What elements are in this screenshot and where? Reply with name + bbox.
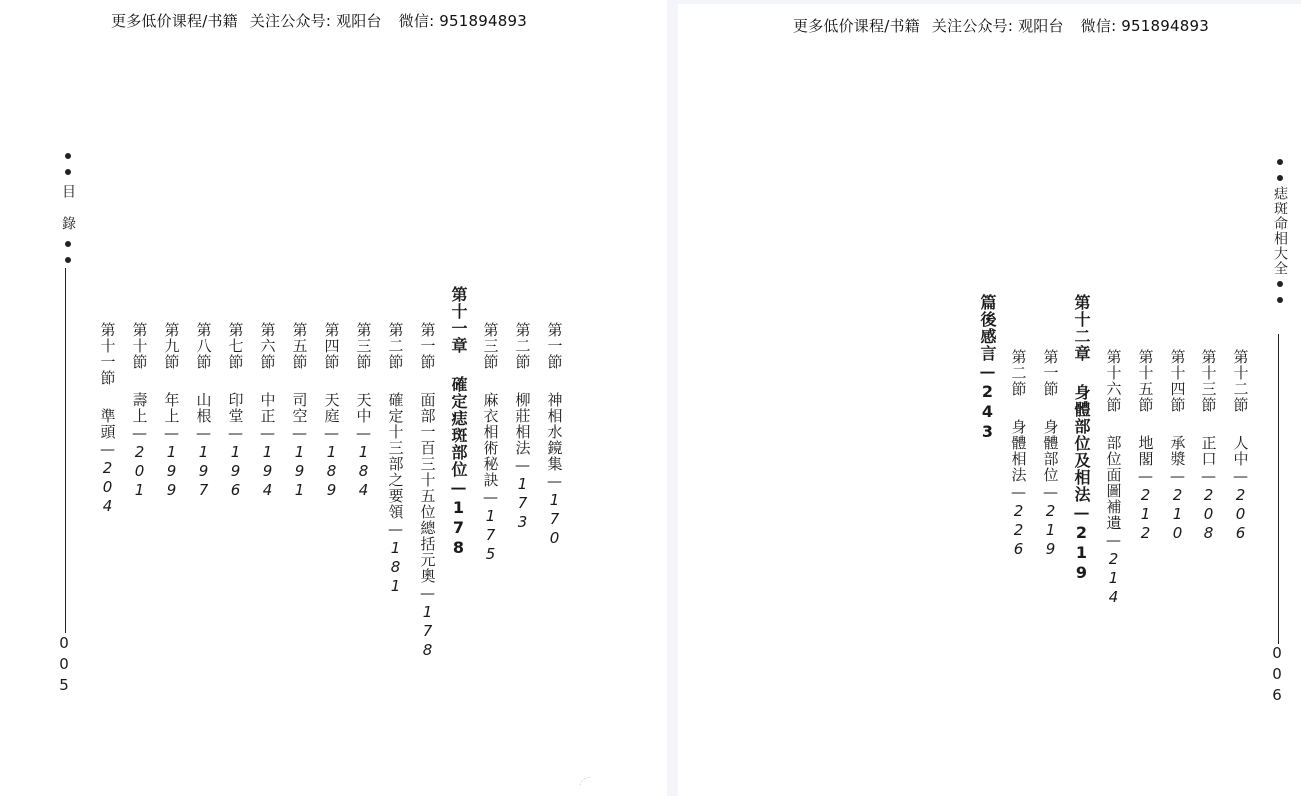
entry-label: 第二節 (387, 322, 405, 370)
watermark-text: 关注公众号: (250, 12, 331, 30)
entry-title: 柳莊相法 (514, 392, 532, 456)
entry-label: 第七節 (227, 322, 245, 370)
entry-label: 第八節 (195, 322, 213, 370)
leader-dash: — (388, 520, 403, 539)
entry-page-number: 196 (227, 443, 245, 500)
running-title: 痣斑命相大全 (1273, 154, 1287, 308)
leader-dash: — (228, 424, 243, 443)
watermark: 更多低价课程/书籍关注公众号: 观阳台 微信: 951894893 (793, 15, 1209, 36)
entry-page-number: 181 (387, 539, 405, 596)
page-number: 006 (1268, 644, 1286, 707)
entry-title: 神相水鏡集 (546, 392, 564, 472)
watermark-text: 观阳台 (336, 12, 382, 30)
toc-section-entry: 第二節柳莊相法—173 (515, 322, 530, 532)
entry-page-number: 204 (99, 459, 117, 516)
entry-label: 第十三節 (1200, 349, 1218, 413)
entry-label: 第十二章 (1072, 294, 1091, 362)
toc-section-entry: 第十節壽上—201 (132, 322, 147, 500)
watermark-text: 关注公众号: (932, 17, 1013, 35)
entry-title: 身體部位 (1042, 419, 1060, 483)
entry-title: 正口 (1200, 435, 1218, 467)
toc-section-entry: 第十四節承漿—210 (1170, 349, 1185, 543)
entry-label: 第十六節 (1105, 349, 1123, 413)
watermark-wechat-id: 951894893 (1121, 17, 1209, 35)
watermark-text: 更多低价课程/书籍 (793, 17, 920, 35)
entry-label: 第五節 (291, 322, 309, 370)
watermark-text: 微信: (399, 12, 435, 30)
watermark: 更多低价课程/书籍关注公众号: 观阳台 微信: 951894893 (111, 10, 527, 31)
entry-page-number: 210 (1169, 486, 1187, 543)
leader-dash: — (1106, 531, 1121, 550)
entry-label: 第六節 (259, 322, 277, 370)
toc-section-entry: 第十六節部位面圖補遺—214 (1106, 349, 1121, 607)
watermark-text: 观阳台 (1018, 17, 1064, 35)
entry-title: 部位面圖補遺 (1105, 435, 1123, 531)
leader-dash: — (132, 424, 147, 443)
running-title-text: 痣斑命相大全 (1272, 186, 1288, 276)
entry-label: 第九節 (163, 322, 181, 370)
entry-title: 司空 (291, 392, 309, 424)
toc-section-entry: 第一節面部一百三十五位總括元奧—178 (420, 322, 435, 660)
entry-title: 篇後感言 (978, 294, 997, 362)
running-title-text: 目 錄 (60, 184, 76, 232)
leader-dash: — (1043, 483, 1058, 502)
entry-page-number: 201 (131, 443, 149, 500)
entry-page-number: 197 (195, 443, 213, 500)
entry-page-number: 219 (1072, 523, 1091, 583)
bullet-icon (1277, 281, 1283, 287)
entry-label: 第二節 (514, 322, 532, 370)
leader-dash: — (100, 440, 115, 459)
entry-page-number: 191 (291, 443, 309, 500)
bullet-icon (65, 257, 71, 263)
entry-page-number: 194 (259, 443, 277, 500)
entry-label: 第十一節 (99, 322, 117, 386)
entry-title: 承漿 (1169, 435, 1187, 467)
watermark-text: 微信: (1081, 17, 1117, 35)
right-page: 更多低价课程/书籍关注公众号: 观阳台 微信: 951894893 痣斑命相大全… (678, 4, 1301, 796)
toc-section-entry: 第一節神相水鏡集—170 (547, 322, 562, 548)
entry-title: 天中 (355, 392, 373, 424)
entry-page-number: 178 (419, 603, 437, 660)
toc-chapter-entry: 第十一章確定痣斑部位—178 (450, 286, 466, 558)
watermark-text: 更多低价课程/书籍 (111, 12, 238, 30)
entry-title: 中正 (259, 392, 277, 424)
leader-dash: — (450, 478, 466, 498)
entry-label: 第三節 (355, 322, 373, 370)
entry-label: 第二節 (1010, 349, 1028, 397)
entry-title: 壽上 (131, 392, 149, 424)
leader-dash: — (196, 424, 211, 443)
entry-title: 準頭 (99, 408, 117, 440)
bullet-icon (1277, 159, 1283, 165)
entry-page-number: 170 (546, 491, 564, 548)
toc-chapter-entry: 篇後感言—243 (979, 294, 995, 442)
running-title: 目 錄 (61, 148, 75, 268)
toc-section-entry: 第二節身體相法—226 (1011, 349, 1026, 559)
toc-section-entry: 第十二節人中—206 (1233, 349, 1248, 543)
bullet-icon (65, 153, 71, 159)
entry-title: 確定十三部之要領 (387, 392, 405, 520)
toc-section-entry: 第十一節準頭—204 (100, 322, 115, 516)
entry-page-number: 214 (1105, 550, 1123, 607)
entry-page-number: 219 (1042, 502, 1060, 559)
entry-page-number: 184 (355, 443, 373, 500)
watermark-wechat-id: 951894893 (439, 12, 527, 30)
leader-dash: — (1073, 503, 1089, 523)
entry-title: 地閣 (1137, 435, 1155, 467)
leader-dash: — (483, 488, 498, 507)
entry-title: 面部一百三十五位總括元奧 (419, 392, 437, 584)
entry-label: 第三節 (482, 322, 500, 370)
scan-speck: .·⁻⁻ (577, 774, 593, 787)
toc-section-entry: 第五節司空—191 (292, 322, 307, 500)
toc-section-entry: 第七節印堂—196 (228, 322, 243, 500)
entry-title: 人中 (1232, 435, 1250, 467)
page-number: 005 (55, 634, 73, 697)
entry-page-number: 189 (323, 443, 341, 500)
entry-label: 第十二節 (1232, 349, 1250, 413)
entry-label: 第一節 (419, 322, 437, 370)
toc-section-entry: 第十五節地閣—212 (1138, 349, 1153, 543)
entry-label: 第四節 (323, 322, 341, 370)
entry-title: 身體相法 (1010, 419, 1028, 483)
toc-section-entry: 第四節天庭—189 (324, 322, 339, 500)
leader-dash: — (420, 584, 435, 603)
toc-section-entry: 第三節天中—184 (356, 322, 371, 500)
leader-dash: — (260, 424, 275, 443)
entry-page-number: 178 (449, 498, 468, 558)
toc-section-entry: 第六節中正—194 (260, 322, 275, 500)
entry-page-number: 226 (1010, 502, 1028, 559)
toc-section-entry: 第一節身體部位—219 (1043, 349, 1058, 559)
entry-page-number: 173 (514, 475, 532, 532)
entry-title: 確定痣斑部位 (449, 376, 468, 478)
entry-label: 第一節 (1042, 349, 1060, 397)
entry-page-number: 199 (163, 443, 181, 500)
toc-section-entry: 第十三節正口—208 (1201, 349, 1216, 543)
toc-section-entry: 第二節確定十三部之要領—181 (388, 322, 403, 596)
entry-label: 第十節 (131, 322, 149, 370)
leader-dash: — (164, 424, 179, 443)
entry-label: 第十一章 (449, 286, 468, 354)
entry-title: 山根 (195, 392, 213, 424)
leader-dash: — (356, 424, 371, 443)
leader-dash: — (1233, 467, 1248, 486)
entry-title: 印堂 (227, 392, 245, 424)
bullet-icon (1277, 297, 1283, 303)
vertical-rule (65, 268, 66, 633)
entry-title: 麻衣相術秘訣 (482, 392, 500, 488)
toc-section-entry: 第八節山根—197 (196, 322, 211, 500)
entry-page-number: 175 (482, 507, 500, 564)
leader-dash: — (324, 424, 339, 443)
entry-page-number: 243 (978, 382, 997, 442)
entry-title: 天庭 (323, 392, 341, 424)
entry-page-number: 206 (1232, 486, 1250, 543)
toc-section-entry: 第九節年上—199 (164, 322, 179, 500)
entry-label: 第十四節 (1169, 349, 1187, 413)
vertical-rule (1278, 334, 1279, 644)
leader-dash: — (979, 362, 995, 382)
left-page: 更多低价课程/书籍关注公众号: 观阳台 微信: 951894893 目 錄 00… (0, 0, 667, 796)
leader-dash: — (1201, 467, 1216, 486)
leader-dash: — (515, 456, 530, 475)
leader-dash: — (1170, 467, 1185, 486)
bullet-icon (65, 241, 71, 247)
entry-label: 第十五節 (1137, 349, 1155, 413)
leader-dash: — (547, 472, 562, 491)
entry-label: 第一節 (546, 322, 564, 370)
toc-section-entry: 第三節麻衣相術秘訣—175 (483, 322, 498, 564)
entry-title: 年上 (163, 392, 181, 424)
bullet-icon (65, 169, 71, 175)
leader-dash: — (1011, 483, 1026, 502)
entry-title: 身體部位及相法 (1072, 384, 1091, 503)
leader-dash: — (292, 424, 307, 443)
toc-chapter-entry: 第十二章身體部位及相法—219 (1073, 294, 1089, 583)
bullet-icon (1277, 175, 1283, 181)
entry-page-number: 208 (1200, 486, 1218, 543)
entry-page-number: 212 (1137, 486, 1155, 543)
leader-dash: — (1138, 467, 1153, 486)
